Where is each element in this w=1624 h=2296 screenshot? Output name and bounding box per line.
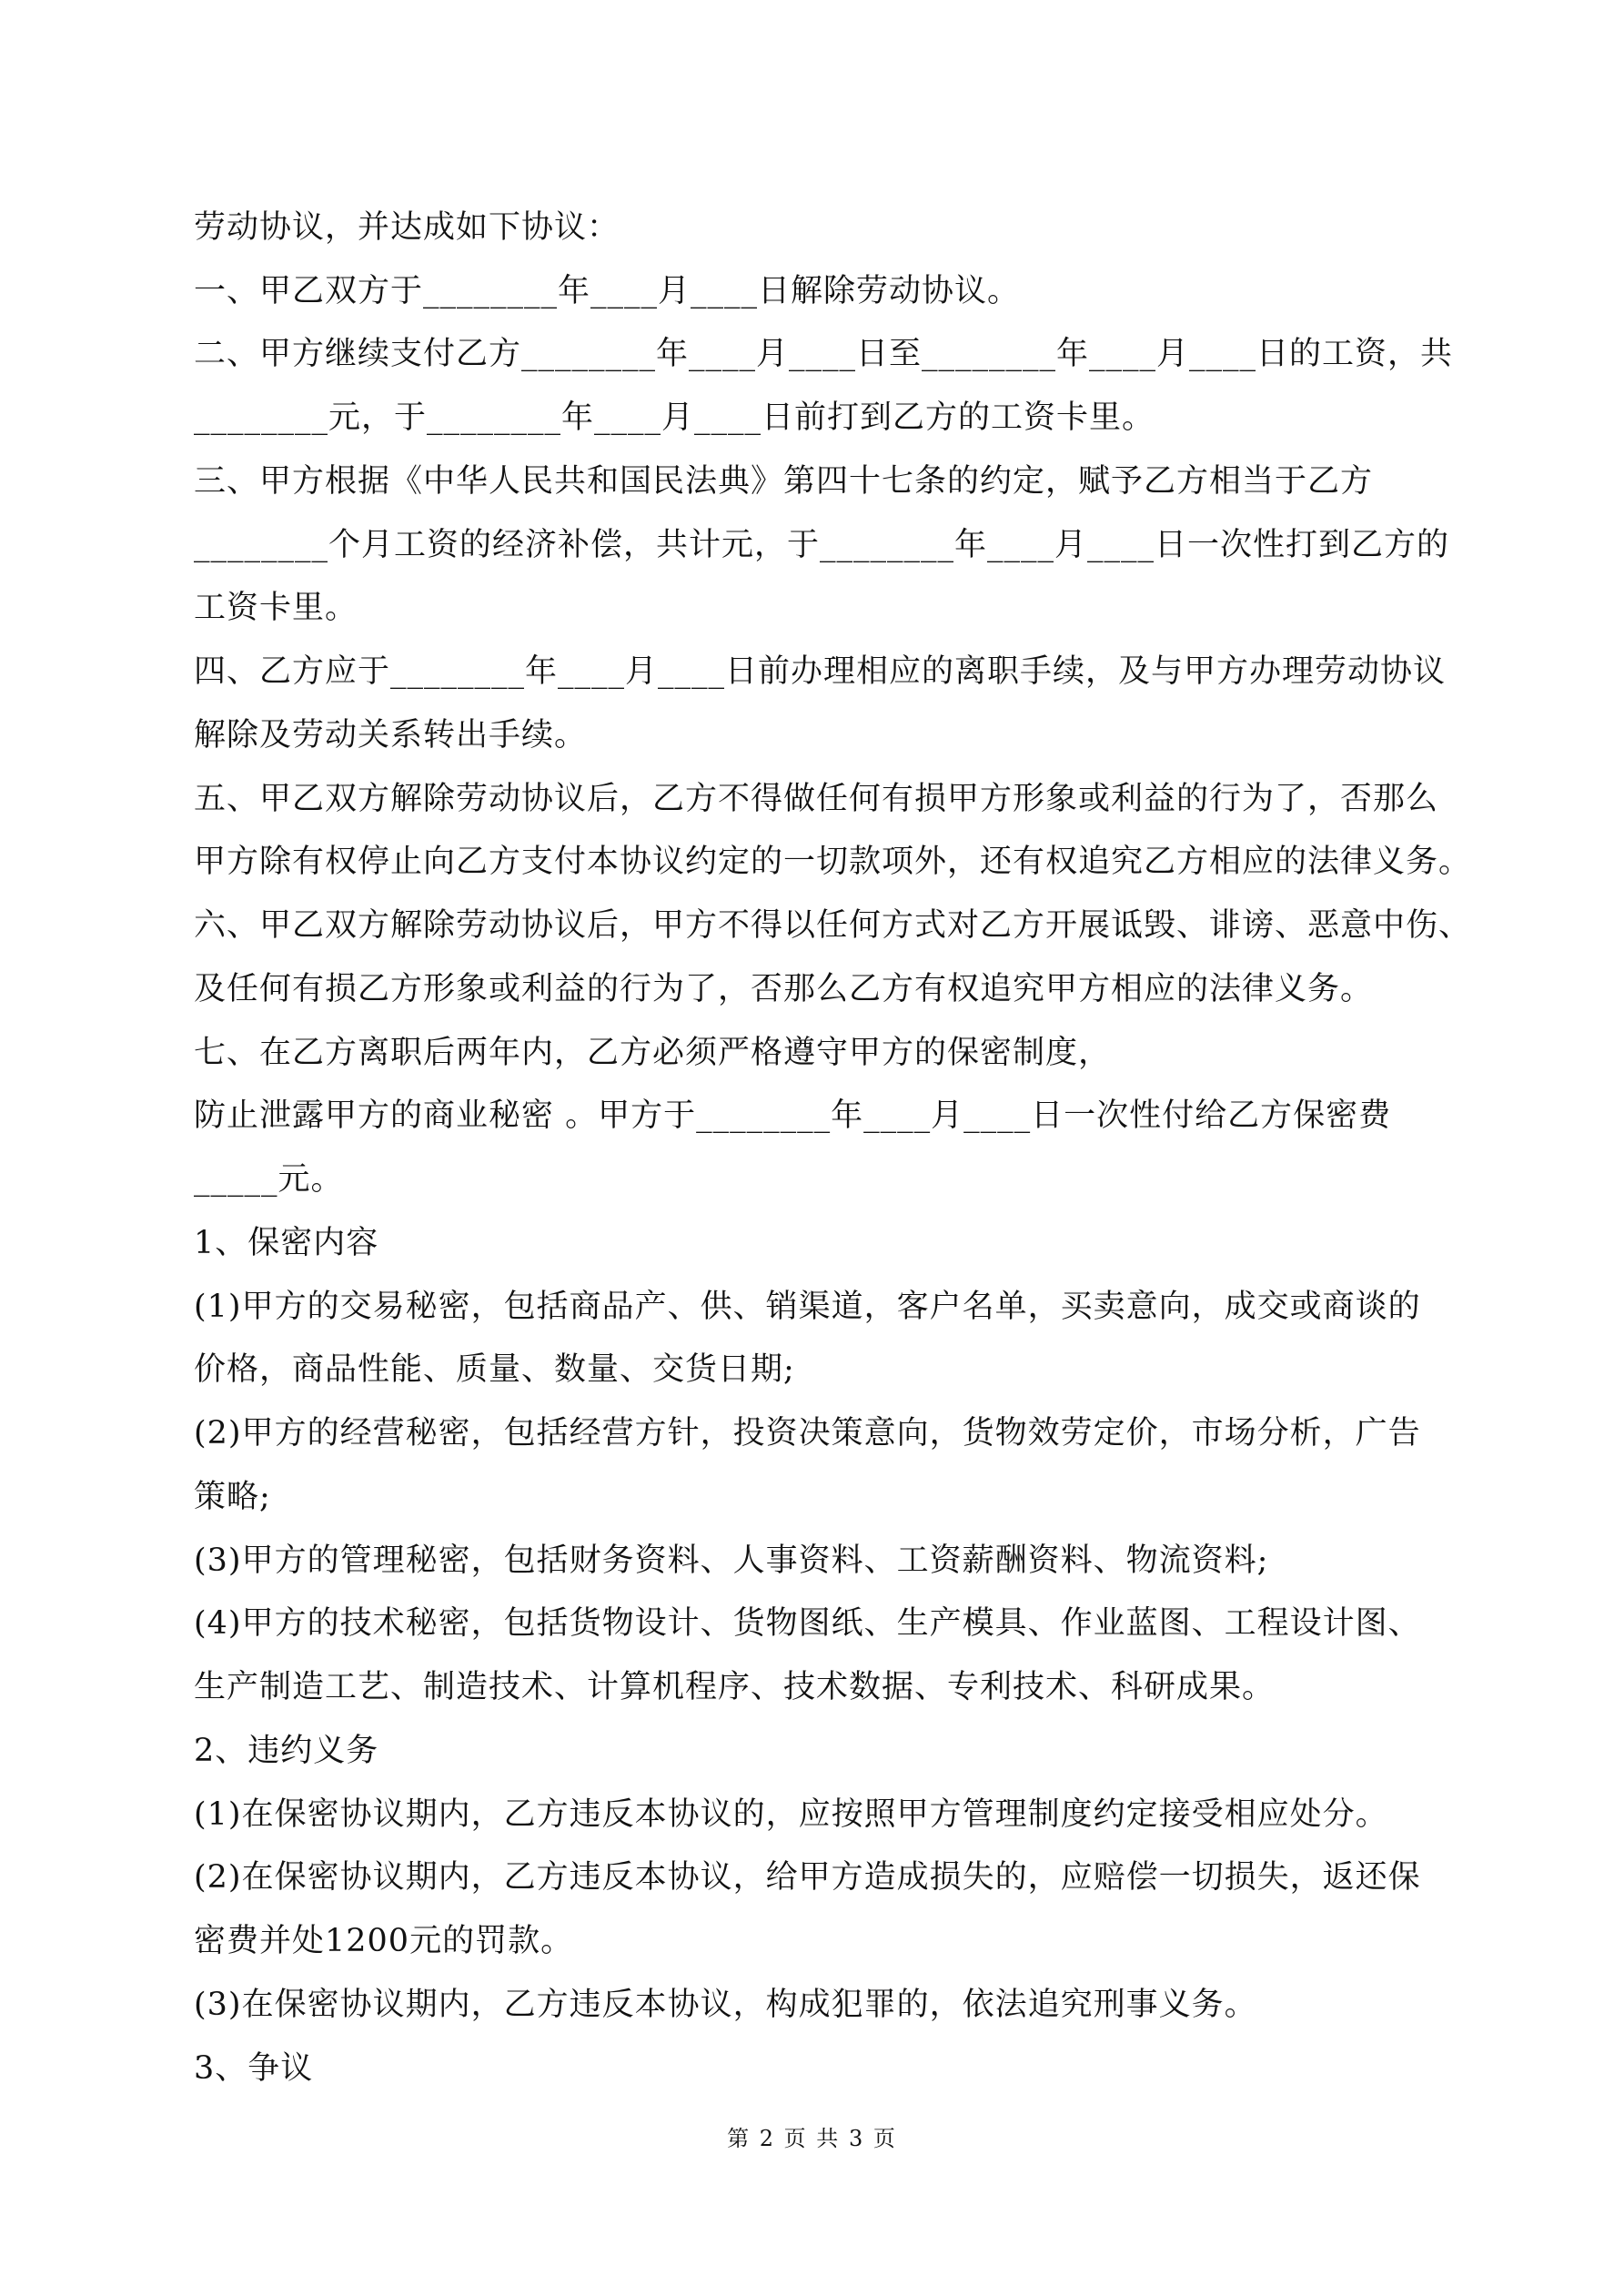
text-line: 价格，商品性能、质量、数量、交货日期; [194,1350,795,1390]
section-heading: 2、违约义务 [194,1731,378,1771]
text-line: 四、乙方应于________年____月____日前办理相应的离职手续，及与甲方… [194,652,1446,692]
text-line: (2)甲方的经营秘密，包括经营方针，投资决策意向，货物效劳定价，市场分析，广告 [194,1413,1421,1453]
text-line: 及任何有损乙方形象或利益的行为了，否那么乙方有权追究甲方相应的法律义务。 [194,969,1373,1009]
text-line: (3)在保密协议期内，乙方违反本协议，构成犯罪的，依法追究刑事义务。 [194,1985,1257,2025]
text-line: (3)甲方的管理秘密，包括财务资料、人事资料、工资薪酬资料、物流资料; [194,1541,1268,1581]
text-line: (1)在保密协议期内，乙方违反本协议的，应按照甲方管理制度约定接受相应处分。 [194,1795,1388,1835]
text-line: _____元。 [194,1159,344,1199]
text-line: 工资卡里。 [194,588,358,628]
text-line: 五、甲乙双方解除劳动协议后，乙方不得做任何有损甲方形象或利益的行为了，否那么 [194,779,1438,819]
text-line: 劳动协议，并达成如下协议： [194,207,620,248]
text-line: (1)甲方的交易秘密，包括商品产、供、销渠道，客户名单，买卖意向，成交或商谈的 [194,1287,1421,1327]
text-line: 甲方除有权停止向乙方支付本协议约定的一切款项外，还有权追究乙方相应的法律义务。 [194,842,1471,882]
text-line: 六、甲乙双方解除劳动协议后，甲方不得以任何方式对乙方开展诋毁、诽谤、恶意中伤、 [194,905,1471,946]
document-page: 劳动协议，并达成如下协议： 一、甲乙双方于________年____月____日… [0,0,1624,2296]
text-line: 密费并处1200元的罚款。 [194,1921,573,1961]
section-heading: 3、争议 [194,2048,313,2089]
text-line: 生产制造工艺、制造技术、计算机程序、技术数据、专利技术、科研成果。 [194,1667,1275,1707]
text-line: 一、甲乙双方于________年____月____日解除劳动协议。 [194,271,1020,311]
text-line: 防止泄露甲方的商业秘密 。甲方于________年____月____日一次性付给… [194,1096,1391,1136]
text-line: 三、甲方根据《中华人民共和国民法典》第四十七条的约定，赋予乙方相当于乙方 [194,461,1373,501]
text-line: ________元，于________年____月____日前打到乙方的工资卡里… [194,398,1155,438]
text-line: 七、在乙方离职后两年内，乙方必须严格遵守甲方的保密制度， [194,1033,1111,1073]
section-heading: 1、保密内容 [194,1223,378,1263]
text-line: 策略; [194,1477,271,1517]
page-footer: 第 2 页 共 3 页 [0,2120,1624,2152]
text-line: ________个月工资的经济补偿，共计元，于________年____月___… [194,525,1449,565]
text-line: 二、甲方继续支付乙方________年____月____日至________年_… [194,334,1453,374]
text-line: (2)在保密协议期内，乙方违反本协议，给甲方造成损失的，应赔偿一切损失，返还保 [194,1857,1421,1897]
text-line: 解除及劳动关系转出手续。 [194,715,587,755]
text-line: (4)甲方的技术秘密，包括货物设计、货物图纸、生产模具、作业蓝图、工程设计图、 [194,1603,1421,1644]
